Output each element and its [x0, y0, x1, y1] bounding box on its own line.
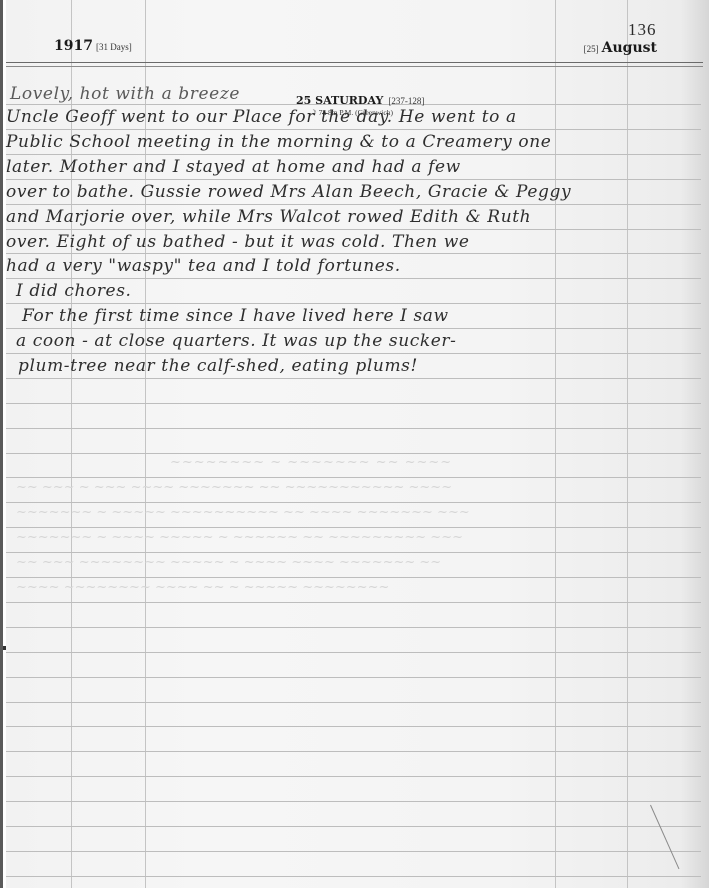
ruled-line: [6, 477, 701, 478]
entry-line: Uncle Geoff went to our Place for the da…: [6, 107, 517, 127]
ruled-line: [6, 876, 701, 877]
ruled-line: [6, 751, 701, 752]
ruled-line: [6, 353, 701, 354]
ruled-line: [6, 229, 701, 230]
paper-scratch: [650, 805, 679, 869]
ruled-line: [6, 801, 701, 802]
ruled-line: [6, 826, 701, 827]
entry-line: For the first time since I have lived he…: [22, 306, 449, 326]
ruled-line: [6, 204, 701, 205]
ruled-line: [6, 527, 701, 528]
ruled-line: [6, 577, 701, 578]
ruled-line: [6, 328, 701, 329]
ruled-line: [6, 129, 701, 130]
ruled-line: [6, 677, 701, 678]
month-day-index: [25]: [584, 44, 599, 54]
ruled-line: [6, 602, 701, 603]
day-range: [237-128]: [388, 96, 424, 106]
ruled-line: [6, 179, 701, 180]
ruled-line: [6, 378, 701, 379]
ruled-line: [6, 278, 701, 279]
ruled-line: [6, 776, 701, 777]
day-label: 25 SATURDAY: [296, 94, 383, 107]
ruled-line: [6, 453, 701, 454]
entry-line: I did chores.: [16, 281, 132, 301]
column-rule: [627, 0, 628, 888]
ruled-line: [6, 726, 701, 727]
ruled-line: [6, 702, 701, 703]
column-rule: [555, 0, 556, 888]
binding-mark: [3, 646, 6, 650]
ruled-line: [6, 428, 701, 429]
entry-line: Public School meeting in the morning & t…: [6, 132, 551, 152]
ruled-line: [6, 303, 701, 304]
month-text: August: [602, 40, 657, 56]
entry-line: plum-tree near the calf-shed, eating plu…: [18, 356, 418, 376]
ruled-line: [6, 652, 701, 653]
header-year: 1917[31 Days]: [54, 38, 132, 54]
ruled-line: [6, 552, 701, 553]
entry-line: had a very "waspy" tea and I told fortun…: [6, 256, 401, 276]
ruled-line: [6, 627, 701, 628]
ruled-line: [6, 154, 701, 155]
header-rule: [6, 62, 703, 67]
year-days: [31 Days]: [96, 42, 132, 52]
ruled-line: [6, 502, 701, 503]
year-text: 1917: [54, 38, 93, 54]
entry-line: and Marjorie over, while Mrs Walcot rowe…: [6, 207, 531, 227]
ruled-line: [6, 851, 701, 852]
page-number: 136: [628, 20, 657, 40]
ruled-line: [6, 253, 701, 254]
diary-page: 1917[31 Days] 136 [25]August 25 SATURDAY…: [0, 0, 709, 888]
header-month: [25]August: [584, 40, 657, 56]
entry-line: later. Mother and I stayed at home and h…: [6, 157, 461, 177]
weather-note: Lovely, hot with a breeze: [10, 84, 240, 104]
entry-line: a coon - at close quarters. It was up th…: [16, 331, 457, 351]
ruled-line: [6, 403, 701, 404]
entry-line: over. Eight of us bathed - but it was co…: [6, 232, 470, 252]
entry-line: over to bathe. Gussie rowed Mrs Alan Bee…: [6, 182, 571, 202]
